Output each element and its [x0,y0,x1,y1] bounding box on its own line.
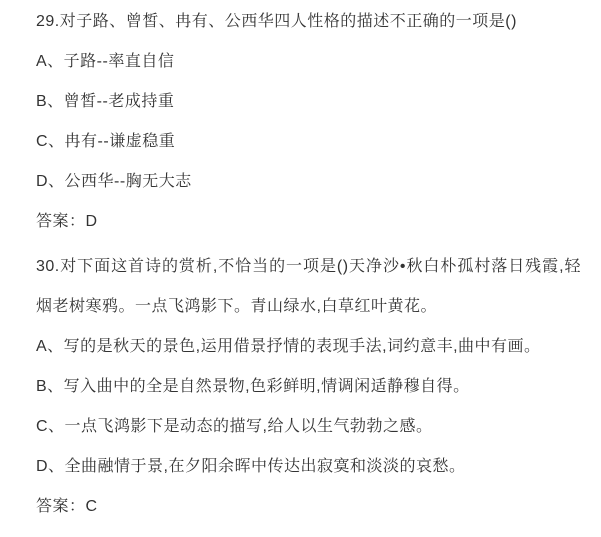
question-30-option-b: B、写入曲中的全是自然景物,色彩鲜明,情调闲适静穆自得。 [36,367,581,407]
question-30-stem: 30.对下面这首诗的赏析,不恰当的一项是()天净沙•秋白朴孤村落日残霞,轻烟老树… [36,247,581,327]
question-29-block: 29.对子路、曾皙、冉有、公西华四人性格的描述不正确的一项是() A、子路--率… [36,2,581,242]
question-29-answer: 答案：D [36,202,581,242]
question-30-option-a: A、写的是秋天的景色,运用借景抒情的表现手法,词约意丰,曲中有画。 [36,327,581,367]
question-29-option-d: D、公西华--胸无大志 [36,162,581,202]
question-30-block: 30.对下面这首诗的赏析,不恰当的一项是()天净沙•秋白朴孤村落日残霞,轻烟老树… [36,247,581,527]
question-30-answer: 答案：C [36,487,581,527]
question-29-option-b: B、曾皙--老成持重 [36,82,581,122]
question-30-option-c: C、一点飞鸿影下是动态的描写,给人以生气勃勃之感。 [36,407,581,447]
question-29-option-a: A、子路--率直自信 [36,42,581,82]
exam-document: 29.对子路、曾皙、冉有、公西华四人性格的描述不正确的一项是() A、子路--率… [0,0,601,537]
question-29-option-c: C、冉有--谦虚稳重 [36,122,581,162]
question-29-stem: 29.对子路、曾皙、冉有、公西华四人性格的描述不正确的一项是() [36,2,581,42]
question-30-option-d: D、全曲融情于景,在夕阳余晖中传达出寂寞和淡淡的哀愁。 [36,447,581,487]
